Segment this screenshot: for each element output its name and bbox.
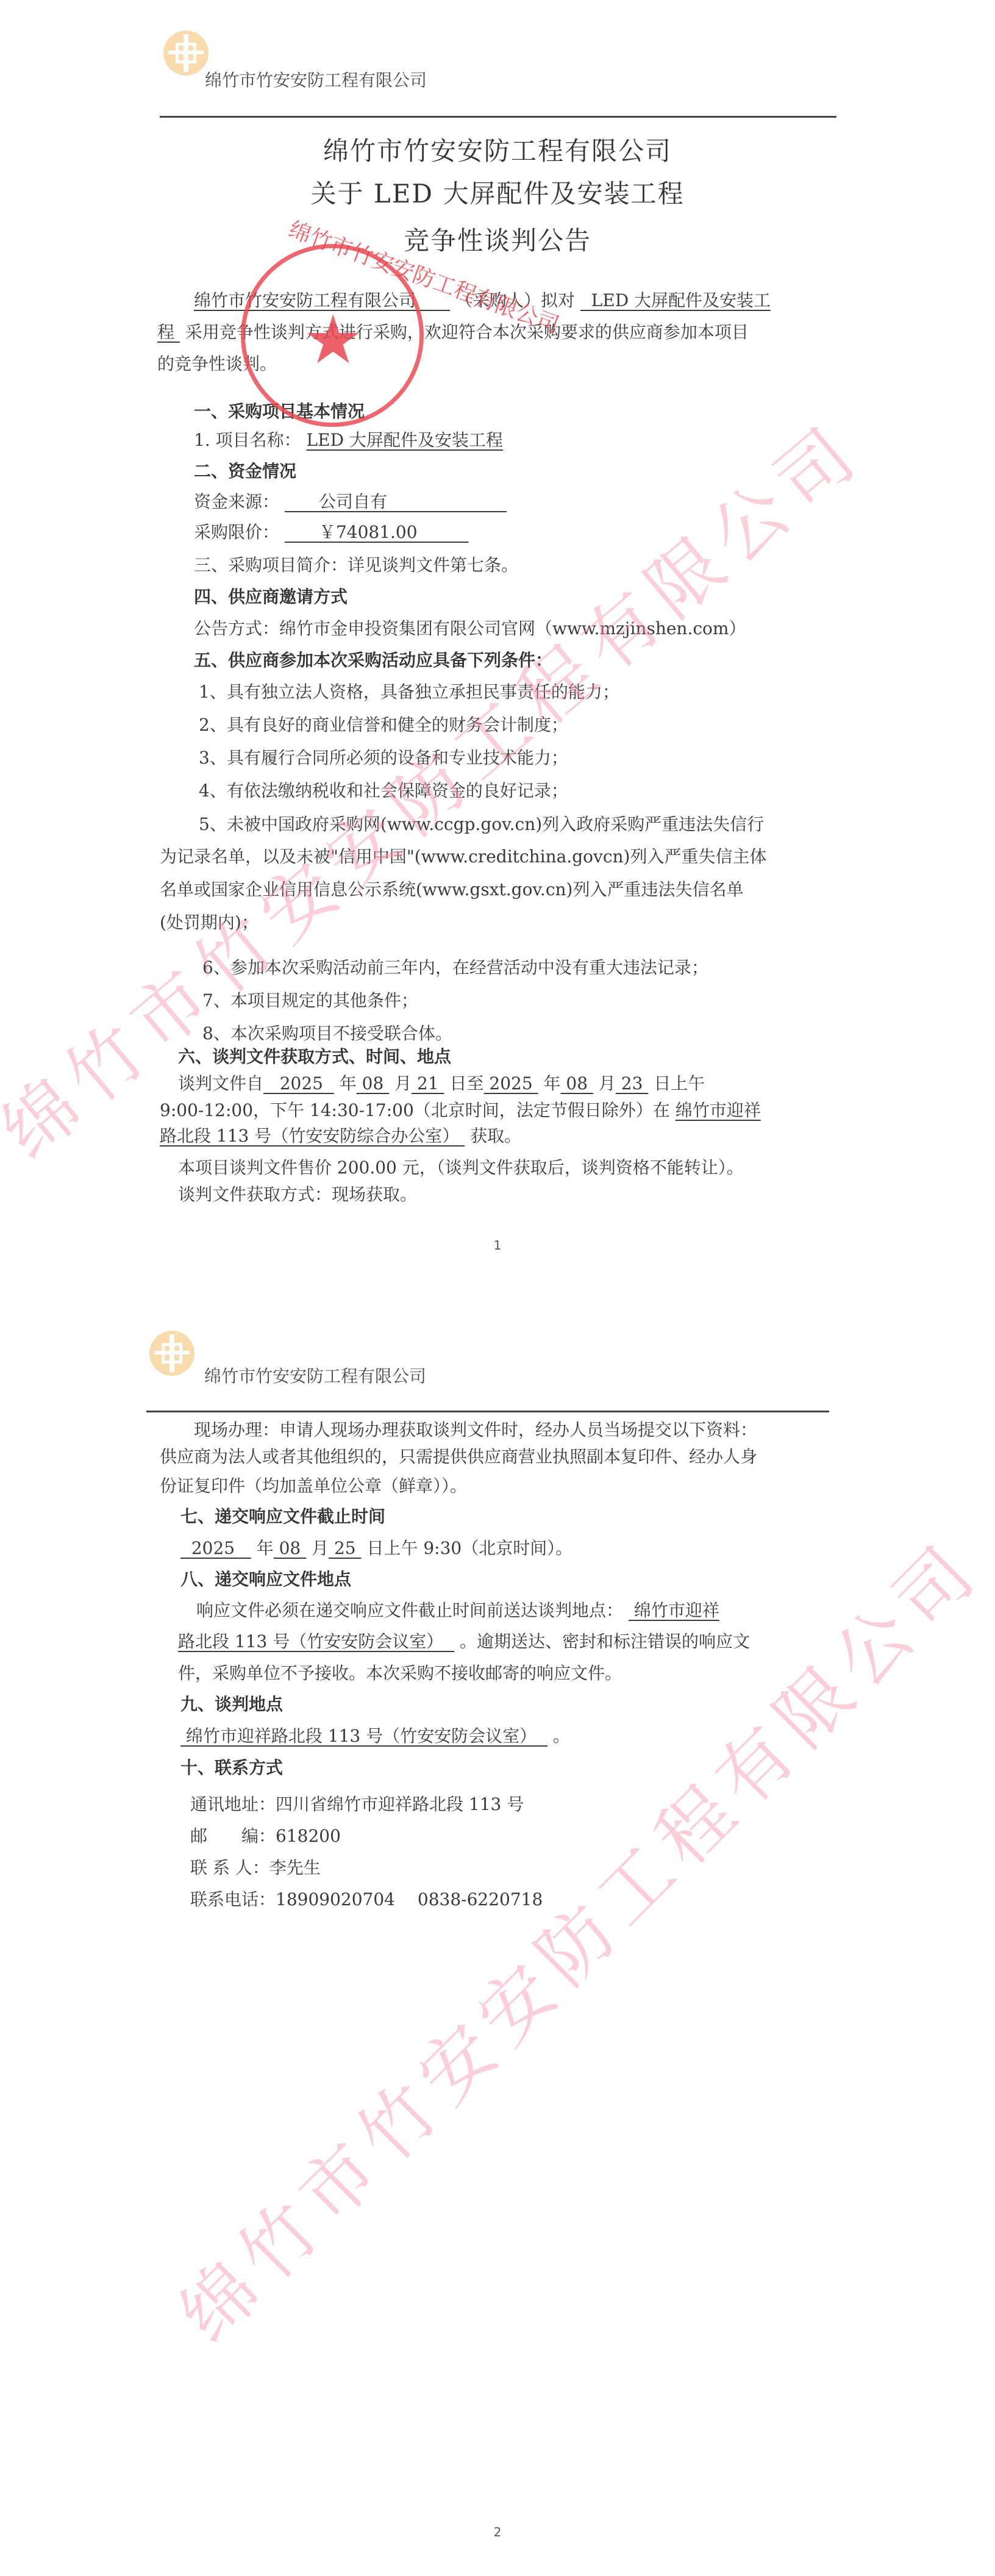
doc-location-part2: 路北段 113 号（竹安安防综合办公室） [160,1126,459,1146]
project-name-value: LED 大屏配件及安装工程 [307,430,503,450]
project-name-label: 1. 项目名称： [194,430,301,450]
title-line-1: 绵竹市竹安安防工程有限公司 [0,131,995,168]
contact-row: 联 系 人：李先生 [190,1858,321,1878]
page-number: 2 [0,2525,995,2539]
fund-source-value: 公司自有 [319,492,387,512]
address-row: 通讯地址：四川省绵竹市迎祥路北段 113 号 [190,1794,524,1815]
submission-prefix: 响应文件必须在递交响应文件截止时间前送达谈判地点： [196,1600,623,1620]
doc-time-row: 9:00-12:00，下午 14:30-17:00（北京时间，法定节假日除外）在… [160,1100,761,1121]
contact-value: 李先生 [269,1858,321,1878]
submission-line-1: 响应文件必须在递交响应文件截止时间前送达谈判地点： 绵竹市迎祥 [196,1600,719,1621]
intro-line-3: 的竞争性谈判。 [157,354,277,374]
onsite-line-3: 份证复印件（均加盖单位公章（鲜章））。 [160,1476,467,1497]
section-2-heading: 二、资金情况 [194,461,296,482]
condition-item: 8、本次采购项目不接受联合体。 [202,1023,452,1044]
phone-row: 联系电话：18909020704 0838-6220718 [190,1889,543,1910]
purchaser-name: 绵竹市竹安安防工程有限公司 [194,290,416,310]
submission-rules: 。逾期送达、密封和标注错误的响应文 [460,1631,750,1651]
intro-line-1: 绵竹市竹安安防工程有限公司 （采购人）拟对 LED 大屏配件及安装工 [194,290,771,311]
header-company-name: 绵竹市竹安安防工程有限公司 [204,1363,426,1387]
negotiation-location: 绵竹市迎祥路北段 113 号（竹安安防会议室） [186,1726,537,1746]
doc-price-text: 本项目谈判文件售价 200.00 元，（谈判文件获取后，谈判资格不能转让）。 [178,1157,744,1178]
intro-text: 采用竞争性谈判方式进行采购，欢迎符合本次采购要求的供应商参加本项目 [185,322,749,342]
day-to-label: 日至 [449,1073,483,1093]
page-number: 1 [0,1238,995,1253]
deadline-month: 08 [279,1538,301,1558]
condition-item: 5、未被中国政府采购网(www.ccgp.gov.cn)列入政府采购严重违法失信… [199,814,764,835]
month-label: 月 [599,1073,616,1093]
project-name-part2: 程 [157,322,174,342]
fund-source-label: 资金来源： [194,492,279,512]
section-5-heading: 五、供应商参加本次采购活动应具备下列条件： [194,650,552,671]
price-limit-row: 采购限价： ￥74081.00 [194,522,469,543]
address-value: 四川省绵竹市迎祥路北段 113 号 [276,1794,524,1814]
company-logo-icon [163,30,209,76]
month-label: 月 [312,1538,329,1558]
title-line-3: 竞争性谈判公告 [0,221,995,257]
phone-value: 18909020704 0838-6220718 [276,1889,543,1909]
end-year: 2025 [489,1073,532,1093]
year-label: 年 [340,1073,357,1093]
document-page-1: 绵竹市竹安安防工程有限公司 绵竹市竹安安防工程有限公司 关于 LED 大屏配件及… [0,0,995,1287]
deadline-row: 2025 年 08 月 25 日上午 9:30（北京时间）。 [180,1538,572,1559]
day-am-label: 日上午 [654,1073,705,1093]
deadline-time: 日上午 9:30（北京时间）。 [366,1538,572,1558]
announcement-method: 公告方式：绵竹市金申投资集团有限公司官网（www.mzjinshen.com） [194,618,746,639]
section-1-heading: 一、采购项目基本情况 [194,401,365,422]
negotiation-location-suffix: 。 [553,1726,570,1746]
header-divider [146,1411,829,1412]
condition-item: 6、参加本次采购活动前三年内，在经营活动中没有重大违法记录； [202,957,708,978]
project-name-part1: LED 大屏配件及安装工 [591,290,771,310]
condition-item: 7、本项目规定的其他条件； [202,990,418,1011]
end-month: 08 [566,1073,588,1093]
section-3-text: 三、采购项目简介：详见谈判文件第七条。 [194,555,518,576]
deadline-day: 25 [334,1538,356,1558]
postcode-value: 618200 [276,1826,341,1846]
condition-item: 3、具有履行合同所必须的设备和专业技术能力； [199,748,568,768]
submission-line-3: 件，采购单位不予接收。本次采购不接收邮寄的响应文件。 [178,1663,622,1684]
onsite-line-2: 供应商为法人或者其他组织的，只需提供供应商营业执照副本复印件、经办人身 [160,1447,757,1467]
condition-item: 1、具有独立法人资格，具备独立承担民事责任的能力； [199,682,619,703]
address-label: 通讯地址： [190,1794,276,1814]
end-day: 23 [621,1073,643,1093]
section-6-heading: 六、谈判文件获取方式、时间、地点 [178,1046,451,1067]
company-logo-icon [149,1331,194,1376]
submission-location-part2: 路北段 113 号（竹安安防会议室） [178,1631,443,1651]
condition-item: 4、有依法缴纳税收和社会保障资金的良好记录； [199,781,568,801]
start-day: 21 [417,1073,439,1093]
intro-line-2: 程 采用竞争性谈判方式进行采购，欢迎符合本次采购要求的供应商参加本项目 [157,322,749,343]
year-label: 年 [257,1538,274,1558]
header-divider [160,116,836,118]
submission-line-2: 路北段 113 号（竹安安防会议室） 。逾期送达、密封和标注错误的响应文 [178,1631,750,1652]
price-limit-value: ￥74081.00 [319,522,418,542]
fund-source-row: 资金来源： 公司自有 [194,492,507,512]
start-month: 08 [362,1073,384,1093]
condition-item: 2、具有良好的商业信誉和健全的财务会计制度； [199,715,568,735]
project-name-row: 1. 项目名称： LED 大屏配件及安装工程 [194,430,503,451]
title-line-2: 关于 LED 大屏配件及安装工程 [0,174,995,210]
condition-item-cont: 为记录名单，以及未被"信用中国"(www.creditchina.govcn)列… [160,846,766,867]
phone-label: 联系电话： [190,1889,276,1909]
postcode-row: 邮 编：618200 [190,1826,341,1847]
section-8-heading: 八、递交响应文件地点 [180,1569,351,1590]
header-company-name: 绵竹市竹安安防工程有限公司 [205,67,427,91]
section-4-heading: 四、供应商邀请方式 [194,587,348,607]
purchaser-suffix: （采购人）拟对 [455,290,575,310]
postcode-label: 邮 编： [190,1826,276,1846]
condition-item-cont: 名单或国家企业信用信息公示系统(www.gsxt.gov.cn)列入严重违法失信… [160,879,743,900]
onsite-line-1: 现场办理：申请人现场办理获取谈判文件时，经办人员当场提交以下资料： [194,1420,757,1440]
start-year: 2025 [280,1073,323,1093]
section-7-heading: 七、递交响应文件截止时间 [180,1506,385,1527]
price-limit-label: 采购限价： [194,522,279,542]
doc-method-text: 谈判文件获取方式：现场获取。 [178,1184,417,1205]
submission-location-part1: 绵竹市迎祥 [634,1600,719,1620]
section-10-heading: 十、联系方式 [180,1758,283,1778]
doc-period-prefix: 谈判文件自 [178,1073,263,1093]
deadline-year: 2025 [191,1538,235,1558]
document-page-2: 绵竹市竹安安防工程有限公司 现场办理：申请人现场办理获取谈判文件时，经办人员当场… [0,1287,995,2576]
doc-location-row: 路北段 113 号（竹安安防综合办公室） 获取。 [160,1126,521,1147]
section-9-heading: 九、谈判地点 [180,1694,283,1715]
doc-period-row: 谈判文件自 2025 年 08 月 21 日至 2025 年 08 月 23 日… [178,1073,705,1094]
condition-item-cont: (处罚期内)； [160,912,259,933]
doc-location-suffix: 获取。 [470,1126,521,1146]
doc-time-text: 9:00-12:00，下午 14:30-17:00（北京时间，法定节假日除外）在 [160,1100,670,1120]
doc-location-part1: 绵竹市迎祥 [676,1100,761,1120]
month-label: 月 [394,1073,412,1093]
contact-label: 联 系 人： [190,1858,269,1878]
negotiation-location-row: 绵竹市迎祥路北段 113 号（竹安安防会议室） 。 [180,1726,570,1747]
year-label: 年 [543,1073,560,1093]
